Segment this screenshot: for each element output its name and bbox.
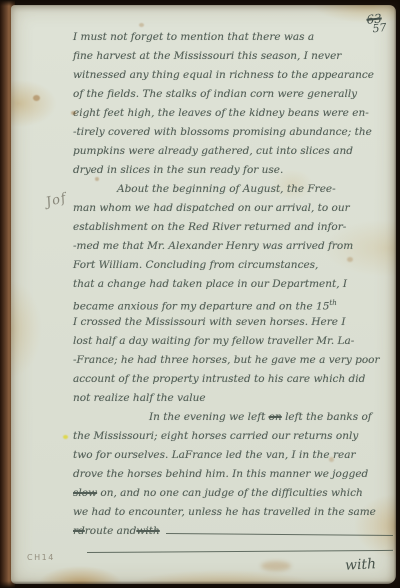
handwritten-text: -France; he had three horses, but he gav…: [73, 354, 380, 366]
handwritten-text: In the evening we left: [149, 411, 269, 423]
manuscript-line: -France; he had three horses, but he gav…: [73, 351, 395, 370]
struck-text: slow: [73, 487, 97, 499]
manuscript-line: fine harvest at the Mississouri this sea…: [73, 47, 395, 66]
handwritten-text: drove the horses behind him. In this man…: [73, 468, 368, 480]
handwritten-text: th: [329, 299, 336, 307]
manuscript-line: I must not forget to mention that there …: [73, 28, 395, 47]
handwritten-text: became anxious for my departure and on t…: [73, 301, 329, 313]
handwritten-text: fine harvest at the Mississouri this sea…: [73, 50, 341, 62]
handwritten-text: I must not forget to mention that there …: [73, 31, 314, 43]
handwritten-text: we had to encounter, unless he has trave…: [73, 506, 376, 518]
photo-edge: [0, 581, 400, 588]
struck-text: with: [136, 522, 159, 541]
handwritten-text: I crossed the Mississouri with seven hor…: [73, 316, 345, 328]
manuscript-line: About the beginning of August, the Free-: [73, 180, 395, 199]
manuscript-line: became anxious for my departure and on t…: [73, 294, 395, 313]
handwritten-text: route and: [85, 522, 137, 541]
handwritten-text: two for ourselves. LaFrance led the van,…: [73, 449, 355, 461]
manuscript-line: -med me that Mr. Alexander Henry was arr…: [73, 237, 395, 256]
manuscript-line: Fort William. Concluding from circumstan…: [73, 256, 395, 275]
pencil-shelfmark: CH14: [27, 553, 55, 562]
ink-rule: [87, 550, 393, 553]
manuscript-line: eight feet high, the leaves of the kidne…: [73, 104, 395, 123]
handwritten-text: lost half a day waiting for my fellow tr…: [73, 335, 354, 347]
manuscript-lines: I must not forget to mention that there …: [73, 28, 395, 560]
handwritten-text: not realize half the value: [73, 392, 206, 404]
scanned-photo: 63 57 Jof I must not forget to mention t…: [0, 0, 400, 588]
manuscript-line: lost half a day waiting for my fellow tr…: [73, 332, 395, 351]
manuscript-line: witnessed any thing equal in richness to…: [73, 66, 395, 85]
foxing-stain: [139, 23, 144, 27]
manuscript-line: rd route and with: [73, 522, 395, 541]
catchword: with: [344, 556, 376, 574]
manuscript-line: slow on, and no one can judge of the dif…: [73, 484, 395, 503]
handwritten-text: -med me that Mr. Alexander Henry was arr…: [73, 240, 353, 252]
handwritten-text: Fort William. Concluding from circumstan…: [73, 259, 318, 271]
manuscript-line: two for ourselves. LaFrance led the van,…: [73, 446, 395, 465]
photo-edge: [0, 0, 400, 6]
handwritten-text: on, and no one can judge of the difficul…: [97, 487, 363, 499]
photo-edge: [394, 0, 400, 588]
manuscript-line: we had to encounter, unless he has trave…: [73, 503, 395, 522]
struck-text: on: [269, 411, 282, 423]
handwritten-text: -tirely covered with blossoms promising …: [73, 126, 372, 138]
manuscript-line: that a change had taken place in our Dep…: [73, 275, 395, 294]
manuscript-line: the Mississouri; eight horses carried ou…: [73, 427, 395, 446]
manuscript-line: -tirely covered with blossoms promising …: [73, 123, 395, 142]
handwritten-text: eight feet high, the leaves of the kidne…: [73, 107, 369, 119]
handwritten-text: man whom we had dispatched on our arriva…: [73, 202, 350, 214]
manuscript-page: 63 57 Jof I must not forget to mention t…: [11, 5, 396, 584]
handwritten-text: pumpkins were already gathered, cut into…: [73, 145, 353, 157]
manuscript-line: man whom we had dispatched on our arriva…: [73, 199, 395, 218]
handwritten-text: left the banks of: [282, 411, 372, 423]
foxing-stain: [33, 95, 40, 101]
manuscript-line: dryed in slices in the sun ready for use…: [73, 161, 395, 180]
ink-rule: [166, 533, 393, 536]
manuscript-line: drove the horses behind him. In this man…: [73, 465, 395, 484]
handwritten-text: About the beginning of August, the Free-: [117, 183, 336, 195]
handwritten-text: of the fields. The stalks of indian corn…: [73, 88, 357, 100]
manuscript-line: account of the property intrusted to his…: [73, 370, 395, 389]
handwritten-text: the Mississouri; eight horses carried ou…: [73, 430, 358, 442]
handwritten-text: account of the property intrusted to his…: [73, 373, 365, 385]
struck-text: rd: [73, 522, 85, 541]
manuscript-line: I crossed the Mississouri with seven hor…: [73, 313, 395, 332]
handwritten-text: establishment on the Red River returned …: [73, 221, 346, 233]
manuscript-line: not realize half the value: [73, 389, 395, 408]
foxing-stain: [261, 561, 291, 571]
yellow-mark: [63, 435, 68, 439]
handwritten-text: that a change had taken place in our Dep…: [73, 278, 347, 290]
manuscript-line: pumpkins were already gathered, cut into…: [73, 142, 395, 161]
manuscript-line: In the evening we left on left the banks…: [73, 408, 395, 427]
handwritten-text: dryed in slices in the sun ready for use…: [73, 164, 283, 176]
handwritten-text: witnessed any thing equal in richness to…: [73, 69, 374, 81]
marginal-pencil-note: Jof: [44, 191, 68, 211]
manuscript-line: of the fields. The stalks of indian corn…: [73, 85, 395, 104]
manuscript-line: establishment on the Red River returned …: [73, 218, 395, 237]
